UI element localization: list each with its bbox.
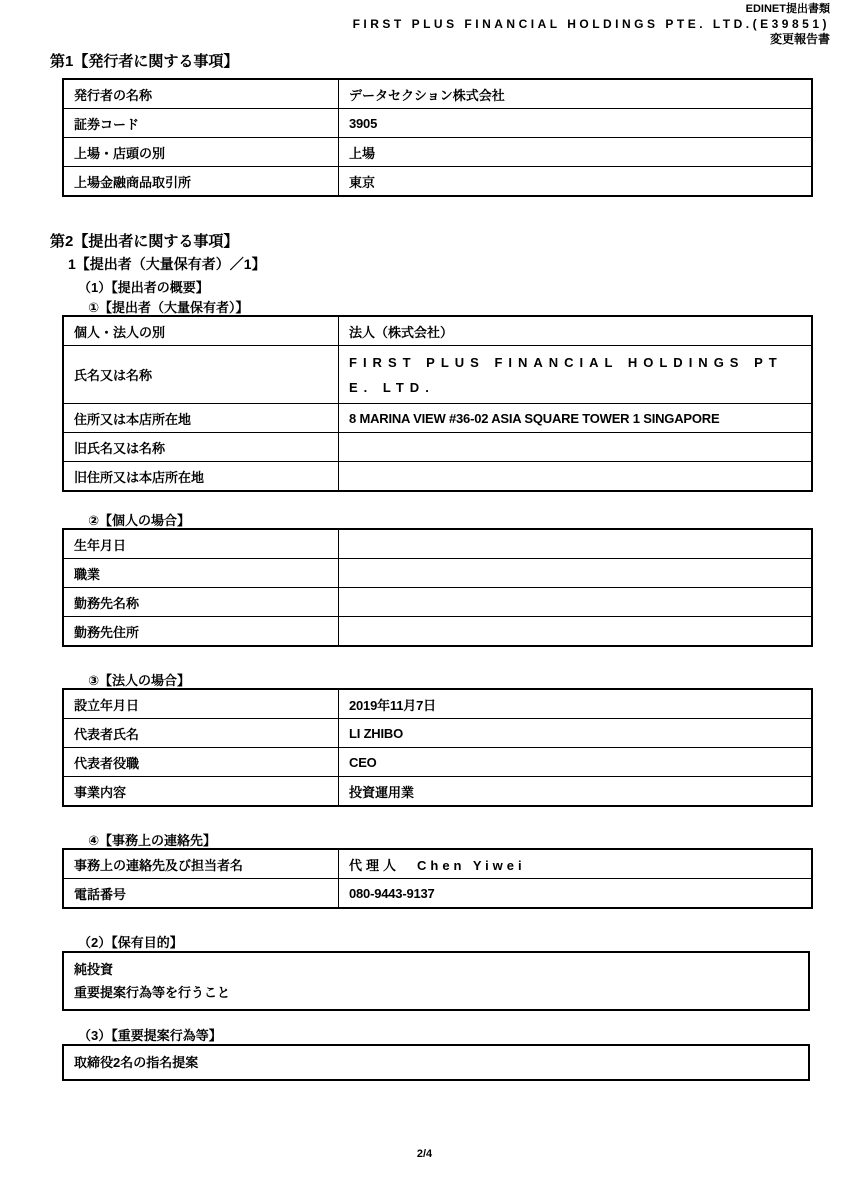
doc-type-label: EDINET提出書類 [353,2,830,17]
table-row: 旧住所又は本店所在地 [63,462,812,492]
row-value: 上場 [339,138,813,167]
row-label: 勤務先名称 [63,588,339,617]
row-value: 8 MARINA VIEW #36-02 ASIA SQUARE TOWER 1… [339,404,813,433]
item2-title: ②【個人の場合】 [88,510,190,529]
table-row: 旧氏名又は名称 [63,433,812,462]
page-header: EDINET提出書類 FIRST PLUS FINANCIAL HOLDINGS… [353,2,830,47]
table-row: 住所又は本店所在地 8 MARINA VIEW #36-02 ASIA SQUA… [63,404,812,433]
row-label: 事務上の連絡先及び担当者名 [63,849,339,879]
section2-sub1-title: 1【提出者（大量保有者）／1】 [68,254,266,274]
row-value: 東京 [339,167,813,197]
row-label: 生年月日 [63,529,339,559]
row-label: 勤務先住所 [63,617,339,647]
row-value [339,588,813,617]
table-row: 代表者氏名 LI ZHIBO [63,719,812,748]
row-label: 発行者の名称 [63,79,339,109]
row-value [339,617,813,647]
row-value: 代理人 Chen Yiwei [339,849,813,879]
row-label: 設立年月日 [63,689,339,719]
page-number: 2/4 [0,1148,849,1160]
item4-title: ④【事務上の連絡先】 [88,830,216,849]
filer-table: 個人・法人の別 法人（株式会社） 氏名又は名称 FIRST PLUS FINAN… [62,315,813,492]
purpose-line: 純投資 [74,958,798,981]
table-row: 上場・店頭の別 上場 [63,138,812,167]
row-value: LI ZHIBO [339,719,813,748]
table-row: 上場金融商品取引所 東京 [63,167,812,197]
row-label: 旧住所又は本店所在地 [63,462,339,492]
issuer-table: 発行者の名称 データセクション株式会社 証券コード 3905 上場・店頭の別 上… [62,78,813,197]
row-label: 個人・法人の別 [63,316,339,346]
row-value [339,529,813,559]
row-value [339,433,813,462]
filer-name-header: FIRST PLUS FINANCIAL HOLDINGS PTE. LTD.(… [353,17,830,32]
item1-title: ①【提出者（大量保有者）】 [88,297,249,316]
row-value: 080-9443-9137 [339,879,813,909]
row-label: 氏名又は名称 [63,346,339,404]
section2-title: 第2【提出者に関する事項】 [50,230,238,251]
row-value: データセクション株式会社 [339,79,813,109]
row-value [339,462,813,492]
row-label: 代表者役職 [63,748,339,777]
corporate-table: 設立年月日 2019年11月7日 代表者氏名 LI ZHIBO 代表者役職 CE… [62,688,813,807]
purpose-title: （2）【保有目的】 [78,932,183,951]
row-label: 職業 [63,559,339,588]
report-type-label: 変更報告書 [353,32,830,47]
table-row: 生年月日 [63,529,812,559]
row-label: 電話番号 [63,879,339,909]
document-page: EDINET提出書類 FIRST PLUS FINANCIAL HOLDINGS… [0,0,849,1200]
contact-table: 事務上の連絡先及び担当者名 代理人 Chen Yiwei 電話番号 080-94… [62,848,813,909]
row-label: 旧氏名又は名称 [63,433,339,462]
section1-title: 第1【発行者に関する事項】 [50,50,238,71]
proposal-box: 取締役2名の指名提案 [62,1044,810,1081]
table-row: 事業内容 投資運用業 [63,777,812,807]
item3-title: ③【法人の場合】 [88,670,190,689]
table-row: 事務上の連絡先及び担当者名 代理人 Chen Yiwei [63,849,812,879]
table-row: 設立年月日 2019年11月7日 [63,689,812,719]
row-value [339,559,813,588]
purpose-line: 重要提案行為等を行うこと [74,981,798,1004]
row-label: 代表者氏名 [63,719,339,748]
row-label: 事業内容 [63,777,339,807]
table-row: 証券コード 3905 [63,109,812,138]
table-row: 勤務先住所 [63,617,812,647]
row-value: 2019年11月7日 [339,689,813,719]
proposal-line: 取締役2名の指名提案 [74,1051,798,1074]
row-label: 証券コード [63,109,339,138]
individual-table: 生年月日 職業 勤務先名称 勤務先住所 [62,528,813,647]
table-row: 代表者役職 CEO [63,748,812,777]
row-value: FIRST PLUS FINANCIAL HOLDINGS PTE. LTD. [349,347,811,403]
row-label: 上場金融商品取引所 [63,167,339,197]
table-row: 発行者の名称 データセクション株式会社 [63,79,812,109]
row-value: 3905 [339,109,813,138]
table-row: 勤務先名称 [63,588,812,617]
purpose-box: 純投資 重要提案行為等を行うこと [62,951,810,1011]
row-label: 上場・店頭の別 [63,138,339,167]
table-row: 氏名又は名称 FIRST PLUS FINANCIAL HOLDINGS PTE… [63,346,812,404]
overview-title: （1）【提出者の概要】 [78,277,209,296]
table-row: 職業 [63,559,812,588]
table-row: 電話番号 080-9443-9137 [63,879,812,909]
proposal-title: （3）【重要提案行為等】 [78,1025,222,1044]
row-value: CEO [339,748,813,777]
table-row: 個人・法人の別 法人（株式会社） [63,316,812,346]
row-value: 投資運用業 [339,777,813,807]
row-value: 法人（株式会社） [339,316,813,346]
row-label: 住所又は本店所在地 [63,404,339,433]
